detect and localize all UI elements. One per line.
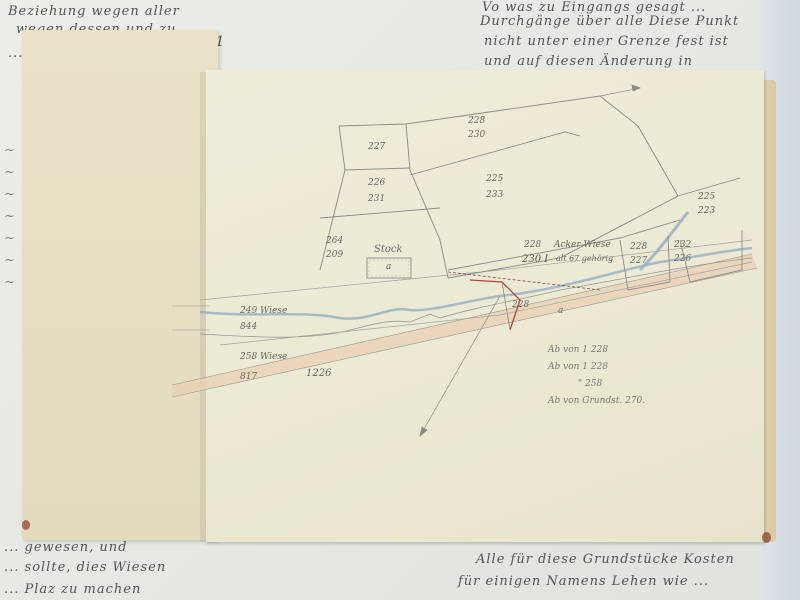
map-legend: Ab von 1 228 Ab von 1 228 " 258 Ab von G…	[548, 342, 645, 410]
house-label: Stock	[374, 244, 403, 255]
parcel-label: 231	[368, 194, 385, 204]
parcel-note: alt 67 gehörig	[556, 254, 613, 263]
parcel-label: 227	[368, 142, 385, 152]
parcel-label: 225	[698, 192, 715, 202]
parcel-label: 230 I	[522, 254, 548, 265]
parcel-label: 228	[630, 242, 647, 252]
cadastral-map-drawing	[0, 0, 800, 600]
parcel-label: a	[558, 306, 563, 316]
parcel-label: 225	[486, 174, 503, 184]
legend-row: Ab von Grundst. 270.	[548, 393, 645, 410]
parcel-label: 228	[524, 240, 541, 250]
legend-row: Ab von 1 228	[548, 359, 645, 376]
road-number: 1226	[306, 368, 331, 379]
parcel-label: 228	[512, 300, 529, 310]
parcel-note: Acker Wiese	[554, 240, 611, 250]
parcel-label: 223	[698, 206, 715, 216]
parcel-label: 233	[486, 190, 503, 200]
parcel-label: 817	[240, 372, 257, 382]
parcel-label: 226	[674, 254, 691, 264]
legend-row: Ab von 1 228	[548, 342, 645, 359]
parcel-label: 232	[674, 240, 691, 250]
parcel-label: 258 Wiese	[240, 352, 287, 362]
parcel-label: 228	[468, 116, 485, 126]
parcel-label: 227	[630, 256, 647, 266]
parcel-label: 209	[326, 250, 343, 260]
parcel-label: 226	[368, 178, 385, 188]
parcel-label: 264	[326, 236, 343, 246]
parcel-label: 844	[240, 322, 257, 332]
legend-row: " 258	[548, 376, 645, 393]
house-letter: a	[386, 262, 391, 272]
parcel-label: 230	[468, 130, 485, 140]
parcel-label: 249 Wiese	[240, 306, 287, 316]
